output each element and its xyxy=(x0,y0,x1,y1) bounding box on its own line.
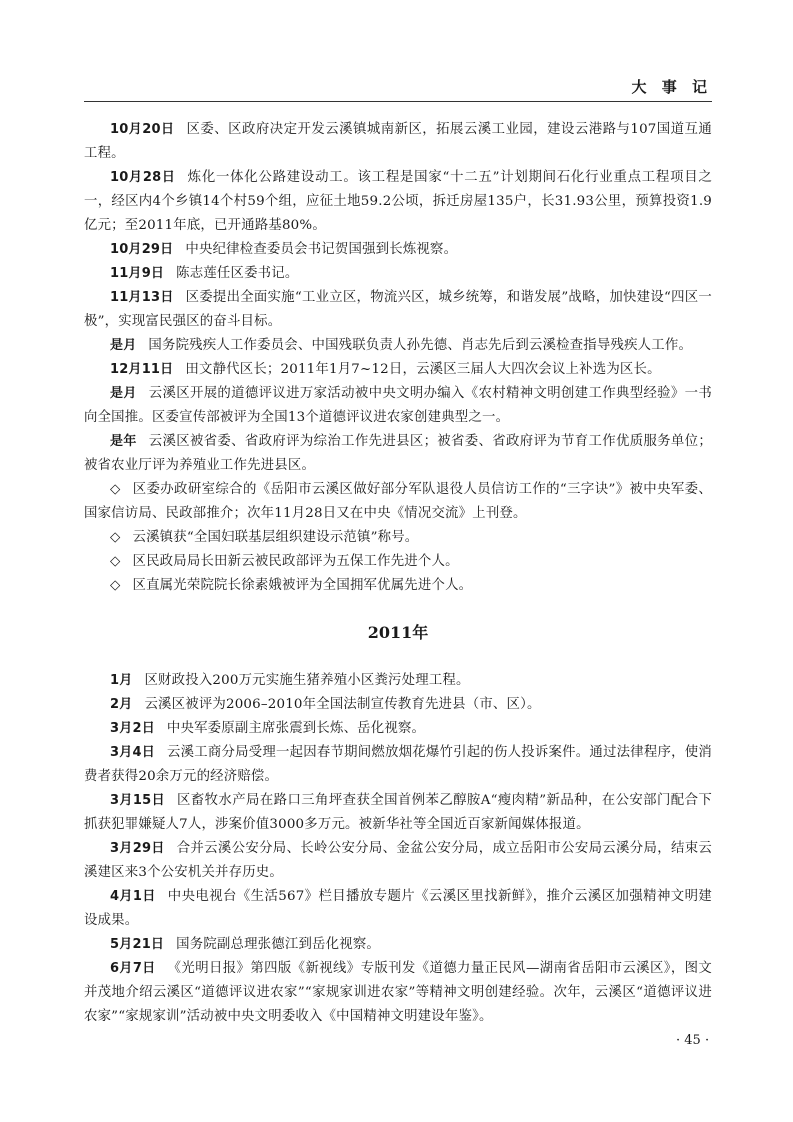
bullet-entry: ◇云溪镇获“全国妇联基层组织建设示范镇”称号。 xyxy=(84,526,712,550)
entry-date: 10月28日 xyxy=(110,170,176,185)
entry-text: 区委提出全面实施“工业立区，物流兴区，城乡统筹，和谐发展”战略，加快建设“四区一… xyxy=(84,290,712,329)
chronicle-entry: 是月云溪区开展的道德评议进万家活动被中央文明办编入《农村精神文明创建工作典型经验… xyxy=(84,382,712,430)
entry-text: 区畜牧水产局在路口三角坪查获全国首例苯乙醇胺A“瘦肉精”新品种，在公安部门配合下… xyxy=(84,793,712,832)
entry-text: 国务院副总理张德江到岳化视察。 xyxy=(176,937,380,952)
chronicle-entry: 是月国务院残疾人工作委员会、中国残联负责人孙先德、肖志先后到云溪检查指导残疾人工… xyxy=(84,334,712,358)
entry-text: 中央军委原副主席张震到长炼、岳化视察。 xyxy=(167,721,425,736)
chronicle-entry: 10月20日区委、区政府决定开发云溪镇城南新区，拓展云溪工业园，建设云港路与10… xyxy=(84,118,712,166)
entry-date: 11月9日 xyxy=(110,266,164,281)
entry-text: 炼化一体化公路建设动工。该工程是国家“十二五”计划期间石化行业重点工程项目之一，… xyxy=(84,170,712,233)
entry-date: 3月2日 xyxy=(110,721,155,736)
entry-text: 区委、区政府决定开发云溪镇城南新区，拓展云溪工业园，建设云港路与107国道互通工… xyxy=(84,122,712,161)
chronicle-entry: 是年云溪区被省委、省政府评为综治工作先进县区；被省委、省政府评为节育工作优质服务… xyxy=(84,430,712,478)
diamond-bullet-icon: ◇ xyxy=(110,482,121,497)
entry-text: 陈志莲任区委书记。 xyxy=(176,266,298,281)
entry-text: 田文静代区长；2011年1月7~12日，云溪区三届人大四次会议上补选为区长。 xyxy=(185,362,660,377)
chronicle-entry: 3月29日合并云溪公安分局、长岭公安分局、金盆公安分局，成立岳阳市公安局云溪分局… xyxy=(84,837,712,885)
entry-text: 区民政局局长田新云被民政部评为五保工作先进个人。 xyxy=(133,554,459,569)
bullet-entry: ◇区直属光荣院院长徐素娥被评为全国拥军优属先进个人。 xyxy=(84,574,712,598)
bullet-entry: ◇区委办政研室综合的《岳阳市云溪区做好部分军队退役人员信访工作的“三字诀”》被中… xyxy=(84,478,712,526)
chronicle-entry: 12月11日田文静代区长；2011年1月7~12日，云溪区三届人大四次会议上补选… xyxy=(84,358,712,382)
bullet-entry: ◇区民政局局长田新云被民政部评为五保工作先进个人。 xyxy=(84,550,712,574)
chronicle-entry: 4月1日中央电视台《生活567》栏目播放专题片《云溪区里找新鲜》，推介云溪区加强… xyxy=(84,885,712,933)
header-rule xyxy=(84,101,712,102)
entry-date: 是年 xyxy=(110,434,137,449)
entry-date: 2月 xyxy=(110,697,132,712)
chronicle-entry: 5月21日国务院副总理张德江到岳化视察。 xyxy=(84,933,712,957)
page-number: · 45 · xyxy=(676,1033,709,1048)
entry-text: 云溪区被省委、省政府评为综治工作先进县区；被省委、省政府评为节育工作优质服务单位… xyxy=(84,434,712,473)
chronicle-entry: 2月云溪区被评为2006–2010年全国法制宣传教育先进县（市、区）。 xyxy=(84,693,712,717)
chronicle-entry: 10月28日炼化一体化公路建设动工。该工程是国家“十二五”计划期间石化行业重点工… xyxy=(84,166,712,238)
header-title: 大 事 记 xyxy=(632,76,712,97)
entry-text: 云溪镇获“全国妇联基层组织建设示范镇”称号。 xyxy=(133,530,419,545)
entry-date: 12月11日 xyxy=(110,362,173,377)
entry-text: 区财政投入200万元实施生猪养殖小区粪污处理工程。 xyxy=(144,673,469,688)
year-heading: 2011年 xyxy=(84,620,712,643)
chronicle-entry: 10月29日中央纪律检查委员会书记贺国强到长炼视察。 xyxy=(84,238,712,262)
entry-text: 中央电视台《生活567》栏目播放专题片《云溪区里找新鲜》，推介云溪区加强精神文明… xyxy=(84,889,712,928)
diamond-bullet-icon: ◇ xyxy=(110,530,121,545)
chronicle-entry: 3月2日中央军委原副主席张震到长炼、岳化视察。 xyxy=(84,717,712,741)
entry-text: 国务院残疾人工作委员会、中国残联负责人孙先德、肖志先后到云溪检查指导残疾人工作。 xyxy=(148,338,692,353)
chronicle-entry: 3月4日云溪工商分局受理一起因春节期间燃放烟花爆竹引起的伤人投诉案件。通过法律程… xyxy=(84,741,712,789)
entry-text: 合并云溪公安分局、长岭公安分局、金盆公安分局，成立岳阳市公安局云溪分局，结束云溪… xyxy=(84,841,712,880)
entry-text: 《光明日报》第四版《新视线》专版刊发《道德力量正民风—湖南省岳阳市云溪区》，图文… xyxy=(84,961,712,1024)
entry-date: 6月7日 xyxy=(110,961,156,976)
entry-text: 云溪区开展的道德评议进万家活动被中央文明办编入《农村精神文明创建工作典型经验》一… xyxy=(84,386,712,425)
entry-text: 区委办政研室综合的《岳阳市云溪区做好部分军队退役人员信访工作的“三字诀”》被中央… xyxy=(84,482,712,521)
section-2010: 10月20日区委、区政府决定开发云溪镇城南新区，拓展云溪工业园，建设云港路与10… xyxy=(84,118,712,598)
diamond-bullet-icon: ◇ xyxy=(110,554,121,569)
chronicle-entry: 11月13日区委提出全面实施“工业立区，物流兴区，城乡统筹，和谐发展”战略，加快… xyxy=(84,286,712,334)
entry-date: 3月4日 xyxy=(110,745,155,760)
entry-date: 是月 xyxy=(110,338,136,353)
diamond-bullet-icon: ◇ xyxy=(110,578,121,593)
section-2011: 1月区财政投入200万元实施生猪养殖小区粪污处理工程。 2月云溪区被评为2006… xyxy=(84,669,712,1029)
chronicle-entry: 11月9日陈志莲任区委书记。 xyxy=(84,262,712,286)
entry-text: 区直属光荣院院长徐素娥被评为全国拥军优属先进个人。 xyxy=(133,578,473,593)
entry-date: 3月15日 xyxy=(110,793,165,808)
chronicle-entry: 6月7日《光明日报》第四版《新视线》专版刊发《道德力量正民风—湖南省岳阳市云溪区… xyxy=(84,957,712,1029)
entry-date: 1月 xyxy=(110,673,132,688)
chronicle-content: 10月20日区委、区政府决定开发云溪镇城南新区，拓展云溪工业园，建设云港路与10… xyxy=(84,118,712,1029)
entry-date: 是月 xyxy=(110,386,137,401)
entry-date: 4月1日 xyxy=(110,889,156,904)
entry-text: 中央纪律检查委员会书记贺国强到长炼视察。 xyxy=(185,242,457,257)
entry-date: 5月21日 xyxy=(110,937,164,952)
entry-date: 10月20日 xyxy=(110,122,175,137)
chronicle-entry: 1月区财政投入200万元实施生猪养殖小区粪污处理工程。 xyxy=(84,669,712,693)
entry-date: 11月13日 xyxy=(110,290,174,305)
running-header: 大 事 记 xyxy=(84,70,712,98)
entry-text: 云溪工商分局受理一起因春节期间燃放烟花爆竹引起的伤人投诉案件。通过法律程序，使消… xyxy=(84,745,712,784)
chronicle-entry: 3月15日区畜牧水产局在路口三角坪查获全国首例苯乙醇胺A“瘦肉精”新品种，在公安… xyxy=(84,789,712,837)
entry-date: 10月29日 xyxy=(110,242,173,257)
entry-text: 云溪区被评为2006–2010年全国法制宣传教育先进县（市、区）。 xyxy=(144,697,540,712)
entry-date: 3月29日 xyxy=(110,841,165,856)
